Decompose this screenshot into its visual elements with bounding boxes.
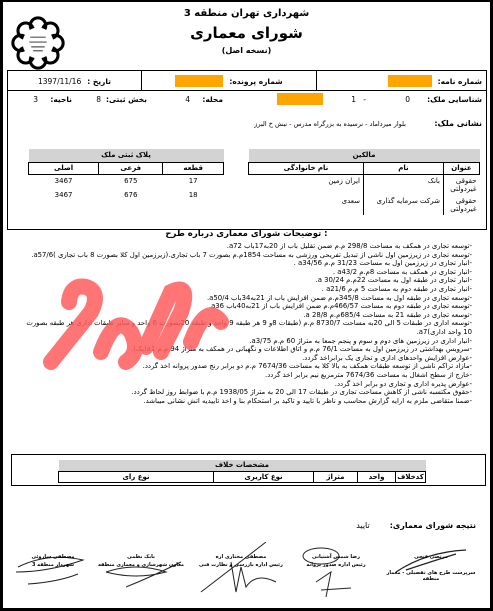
registry-section-label: بخش ثبتی: — [106, 95, 147, 104]
violation-col-vote: نوع رای — [59, 471, 214, 482]
note-line: -توسعه تجاری در طبقه 21 به مساحت 685/4م.… — [17, 311, 472, 320]
copy-type: (نسخه اصل) — [3, 46, 490, 55]
note-line: -توسعه اداری در طبقات 5 الی 20به مساحت 8… — [17, 319, 472, 336]
owners-col-name: نام — [364, 162, 444, 174]
registry-caption: پلاک ثبتی ملک — [29, 149, 224, 162]
note-line: -حقوق مکتسبه ناشی از کاهش مساحت تجاری در… — [17, 388, 472, 397]
note-line: -انبار تجاری در طبقه دوم به مساحت 5 م.م … — [17, 285, 472, 294]
signer-name: مصطفی مختاری اره — [196, 554, 286, 560]
address-row: نشانی ملک: بلوار میرداماد - نرسیده به بز… — [8, 119, 486, 133]
violation-col-usage: نوع کاربری — [214, 471, 314, 482]
note-line: -ضمنا متقاضی ملزم به ارایه گزارش محاسب و… — [17, 397, 472, 406]
property-id-b: 1 — [351, 95, 356, 104]
owners-table: مالکین عنوان نام نام خانوادگی حقوقی غیرد… — [248, 149, 480, 215]
note-line: -خارج از سطح اشغال به مساحت 7674/36 مترم… — [17, 371, 472, 380]
result-value: تایید — [356, 521, 370, 530]
violations-box: مشخصات خلاف کدخلاف واحد متراژ نوع کاربری… — [11, 454, 486, 486]
mahalle-label: محله: — [202, 95, 223, 104]
letter-number-redacted — [388, 75, 432, 87]
file-number-redacted — [175, 75, 223, 87]
signer-role: رئیس اداره بازرسی و نظارت فنی — [196, 562, 286, 568]
signer-role: رئیس اداره صدور پروانه — [291, 562, 381, 568]
signer-name: مصطفی ساروئی — [8, 554, 98, 560]
signature-scribble-icon — [96, 542, 186, 597]
table-row: 17 675 3467 — [29, 174, 224, 188]
signer-role: شهردار منطقه 3 — [8, 562, 98, 568]
table-row: حقوقی غیردولتی بانک ایران زمین — [249, 174, 480, 195]
document-page: شهرداری تهران منطقه 3 شورای معماری (نسخه… — [0, 0, 493, 611]
signer-name: مرتضی فتحی — [386, 554, 476, 560]
owner-title: حقوقی غیردولتی — [444, 195, 480, 215]
registry-sub: 675 — [99, 174, 163, 188]
owners-col-family: نام خانوادگی — [249, 162, 364, 174]
signature-scribble-icon — [291, 542, 381, 597]
registry-plot: 17 — [163, 174, 224, 188]
note-line: -انبار تجاری در همکف به مساحت 8م.م a43/2… — [17, 268, 472, 277]
registry-main: 3467 — [29, 188, 99, 202]
registry-col-sub: فرعی — [99, 162, 163, 174]
address-value: بلوار میرداماد - نرسیده به بزرگراه مدرس … — [254, 120, 406, 128]
registry-col-main: اصلی — [29, 162, 99, 174]
owner-title: حقوقی غیردولتی — [444, 174, 480, 195]
file-number-label: شماره پرونده: — [229, 77, 282, 86]
district-label: ناحیه: — [50, 95, 72, 104]
date-label: تاریخ : — [87, 77, 111, 86]
date-value: 1397/11/16 — [38, 77, 81, 86]
note-line: -توسعه تجاری در طبقه اول به مساحت 345/8م… — [17, 294, 472, 303]
note-line: -مازاد تراکم ناشی از توسعه طبقات همکف به… — [17, 362, 472, 371]
violations-caption: مشخصات خلاف — [59, 460, 426, 471]
file-number-cell: شماره پرونده: — [141, 71, 316, 91]
owner-family: ایران زمین — [249, 174, 364, 195]
signature-block: مرتضی فتحی سرپرست طرح های تفصیلی - معمار… — [386, 542, 476, 602]
property-info-box: شماره نامه: شماره پرونده: تاریخ : 1397/1… — [7, 70, 487, 230]
mahalle-value: 4 — [185, 95, 190, 104]
district-value: 3 — [33, 95, 38, 104]
note-line: -انبار تجاری در زیرزمین اول به مساحت 31/… — [17, 259, 472, 268]
table-row: حقوقی غیردولتی شرکت سرمایه گذاری سعدی — [249, 195, 480, 215]
note-line: -عوارض پذیره اداری و تجاری دو برابر اخذ … — [17, 380, 472, 389]
letter-number-label: شماره نامه: — [438, 77, 482, 86]
owner-name: بانک — [364, 174, 444, 195]
note-line: -انبار اداری در زیرزمین های دوم و سوم و … — [17, 337, 472, 346]
signer-role: معاون شهرسازی و معماری منطقه — [96, 562, 186, 568]
signatures: مرتضی فتحی سرپرست طرح های تفصیلی - معمار… — [17, 542, 476, 597]
page-title: شورای معماری — [3, 24, 490, 42]
table-row: 18 676 3467 — [29, 188, 224, 202]
property-id-a: 0 — [405, 95, 410, 104]
registry-section-value: 8 — [96, 95, 101, 104]
signer-name: بابک نظمی — [96, 554, 186, 560]
tehran-municipality-logo-icon — [9, 14, 67, 72]
owner-family: سعدی — [249, 195, 364, 215]
registry-main: 3467 — [29, 174, 99, 188]
property-id-sep: - — [363, 95, 366, 104]
signature-scribble-icon — [196, 542, 286, 597]
violation-col-code: کدخلاف — [396, 471, 426, 482]
council-result: نتیجه شورای معماری: تایید — [356, 521, 476, 530]
note-line: -توسعه تجاری در همکف به مساحت 298/8 م.م … — [17, 242, 472, 251]
notes-title: : توضیحات شورای معماری درباره طرح — [3, 229, 490, 239]
property-id-row: شناسایی ملک: 0 - 1 محله: 4 بخش ثبتی: 8 ن… — [8, 95, 486, 109]
signature-block: مصطفی مختاری اره رئیس اداره بازرسی و نظا… — [196, 542, 286, 602]
note-line: -توسعه تجاری در طبقه دوم به مساحت 466/57… — [17, 302, 472, 311]
address-label: نشانی ملک: — [434, 119, 482, 128]
signer-role: سرپرست طرح های تفصیلی - معمار منطقه — [386, 570, 476, 582]
owner-name: شرکت سرمایه گذاری — [364, 195, 444, 215]
note-line: -انبار تجاری در طبقه اول به مساحت 22م.م … — [17, 276, 472, 285]
property-id-label: شناسایی ملک: — [427, 95, 482, 104]
owners-caption: مالکین — [249, 149, 480, 162]
signature-block: بابک نظمی معاون شهرسازی و معماری منطقه — [96, 542, 186, 602]
signature-scribble-icon — [8, 542, 98, 597]
municipality-name: شهرداری تهران منطقه 3 — [3, 8, 490, 19]
result-label: نتیجه شورای معماری: — [390, 521, 476, 530]
letter-number-cell: شماره نامه: — [316, 71, 486, 91]
note-line: -سرویس بهداشتی در زیرزمین اول به مساحت 7… — [17, 345, 472, 354]
signature-block: مصطفی ساروئی شهردار منطقه 3 — [8, 542, 98, 602]
violation-col-area: متراژ — [314, 471, 358, 482]
violation-col-unit: واحد — [358, 471, 396, 482]
registry-block-table: پلاک ثبتی ملک قطعه فرعی اصلی 17 675 3467… — [28, 149, 224, 202]
violations-table: مشخصات خلاف کدخلاف واحد متراژ نوع کاربری… — [58, 460, 426, 483]
signature-block: رضا شمس آشتیانی رئیس اداره صدور پروانه — [291, 542, 381, 602]
note-line: -توسعه تجاری در زیرزمین اول ناشی از تبدی… — [17, 251, 472, 260]
council-notes: -توسعه تجاری در همکف به مساحت 298/8 م.م … — [17, 242, 472, 405]
registry-col-plot: قطعه — [163, 162, 224, 174]
signer-name: رضا شمس آشتیانی — [291, 554, 381, 560]
owners-col-title: عنوان — [444, 162, 480, 174]
property-id-redacted — [277, 93, 323, 105]
date-cell: تاریخ : 1397/11/16 — [8, 71, 141, 91]
registry-plot: 18 — [163, 188, 224, 202]
registry-sub: 676 — [99, 188, 163, 202]
